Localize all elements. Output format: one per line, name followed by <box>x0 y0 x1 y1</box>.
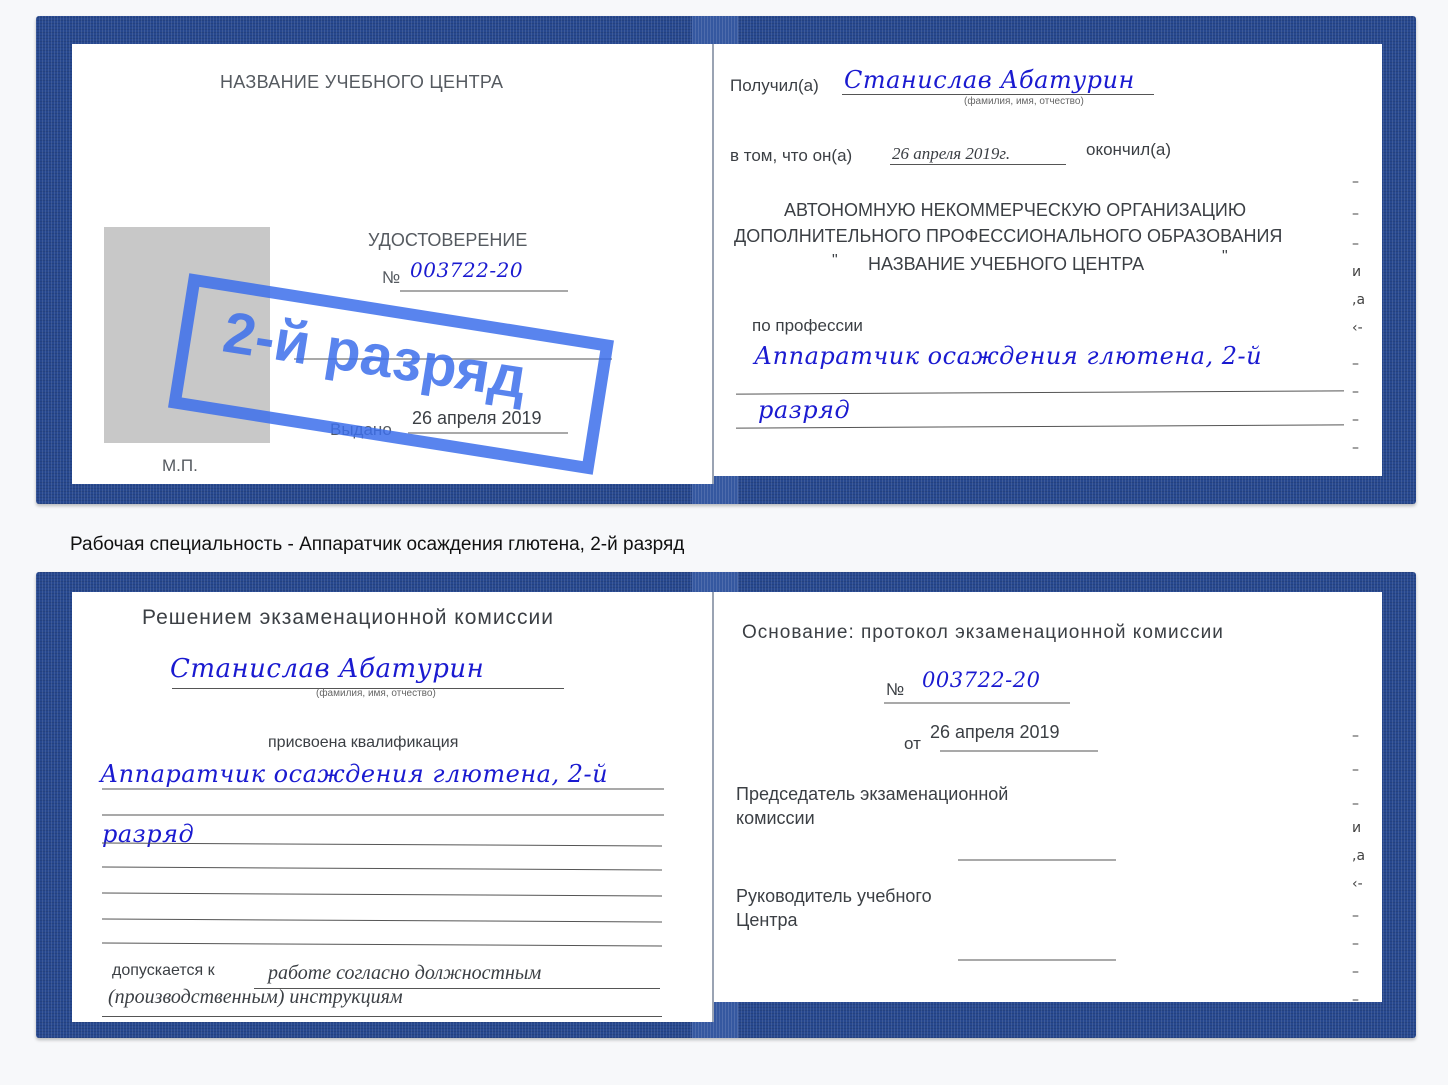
recipient-name: Станислав Абатурин <box>844 66 1135 94</box>
specialty-caption: Рабочая специальность - Аппаратчик осажд… <box>70 534 684 556</box>
protocol-date: 26 апреля 2019 <box>930 722 1060 743</box>
top-right-page: Получил(a) Станислав Абатурин (фамилия, … <box>712 44 1382 476</box>
completion-date: 26 апреля 2019г. <box>892 144 1010 164</box>
seal-label: М.П. <box>162 456 198 476</box>
bottom-right-page: Основание: протокол экзаменационной коми… <box>712 592 1382 1002</box>
organization-quote-open: " <box>832 252 838 270</box>
name-caption: (фамилия, имя, отчество) <box>316 688 436 699</box>
protocol-number-underline <box>884 702 1070 704</box>
qualification-underline-1 <box>102 788 664 790</box>
completion-underline <box>890 164 1066 165</box>
chairman-line-1: Председатель экзаменационной <box>736 784 1008 805</box>
qualification-line-1: Аппаратчик осаждения глютена, 2-й <box>100 760 608 788</box>
commission-heading: Решением экзаменационной комиссии <box>142 606 554 630</box>
organization-line-1: АВТОНОМНУЮ НЕКОММЕРЧЕСКУЮ ОРГАНИЗАЦИЮ <box>784 200 1246 221</box>
finished-label: окончил(а) <box>1086 140 1171 160</box>
ruled-line-3 <box>102 893 662 897</box>
ruled-line-4 <box>102 919 662 923</box>
recipient-name: Станислав Абатурин <box>170 654 484 684</box>
certificate-title: УДОСТОВЕРЕНИЕ <box>368 230 527 251</box>
ruled-line-2 <box>102 867 662 871</box>
head-signature-line <box>958 959 1116 961</box>
name-caption: (фамилия, имя, отчество) <box>964 96 1084 107</box>
admitted-underline-2 <box>102 1016 662 1017</box>
profession-line-1: Аппаратчик осаждения глютена, 2-й <box>754 342 1262 370</box>
protocol-date-underline <box>940 750 1098 752</box>
received-label: Получил(a) <box>730 76 819 96</box>
top-left-page: НАЗВАНИЕ УЧЕБНОГО ЦЕНТРА УДОСТОВЕРЕНИЕ №… <box>72 44 714 484</box>
from-label: от <box>904 734 921 754</box>
qualification-underline-2 <box>102 814 664 816</box>
head-line-1: Руководитель учебного <box>736 886 932 907</box>
organization-quote-close: " <box>1222 248 1228 266</box>
basis-label: Основание: протокол экзаменационной коми… <box>742 622 1224 644</box>
training-center-name: НАЗВАНИЕ УЧЕБНОГО ЦЕНТРА <box>220 72 503 93</box>
edge-marks: – – – и ,а ‹- – – – – <box>1352 728 1372 1008</box>
profession-label: по профессии <box>752 316 863 336</box>
number-underline <box>400 290 568 292</box>
organization-line-3: НАЗВАНИЕ УЧЕБНОГО ЦЕНТРА <box>868 254 1144 275</box>
bottom-left-page: Решением экзаменационной комиссии Станис… <box>72 592 714 1022</box>
profession-underline-1 <box>736 390 1344 394</box>
qualification-label: присвоена квалификация <box>268 734 458 752</box>
certificate-number-label: № <box>382 268 400 288</box>
protocol-number-label: № <box>886 680 904 700</box>
certificate-number-value: 003722-20 <box>410 258 523 282</box>
chairman-signature-line <box>958 859 1116 861</box>
organization-line-2: ДОПОЛНИТЕЛЬНОГО ПРОФЕССИОНАЛЬНОГО ОБРАЗО… <box>734 226 1282 247</box>
head-line-2: Центра <box>736 910 798 931</box>
that-label: в том, что он(а) <box>730 146 852 166</box>
edge-marks: – – – и ,а ‹- – – – – <box>1352 174 1372 464</box>
admitted-line-2: (производственным) инструкциям <box>108 986 403 1009</box>
chairman-line-2: комиссии <box>736 808 815 829</box>
admitted-line-1: работе согласно должностным <box>268 962 541 985</box>
recipient-underline <box>842 94 1154 95</box>
profession-underline-2 <box>736 424 1344 428</box>
admitted-label: допускается к <box>112 962 215 980</box>
profession-line-2: разряд <box>758 396 850 424</box>
ruled-line-5 <box>102 943 662 947</box>
protocol-number-value: 003722-20 <box>922 668 1040 692</box>
